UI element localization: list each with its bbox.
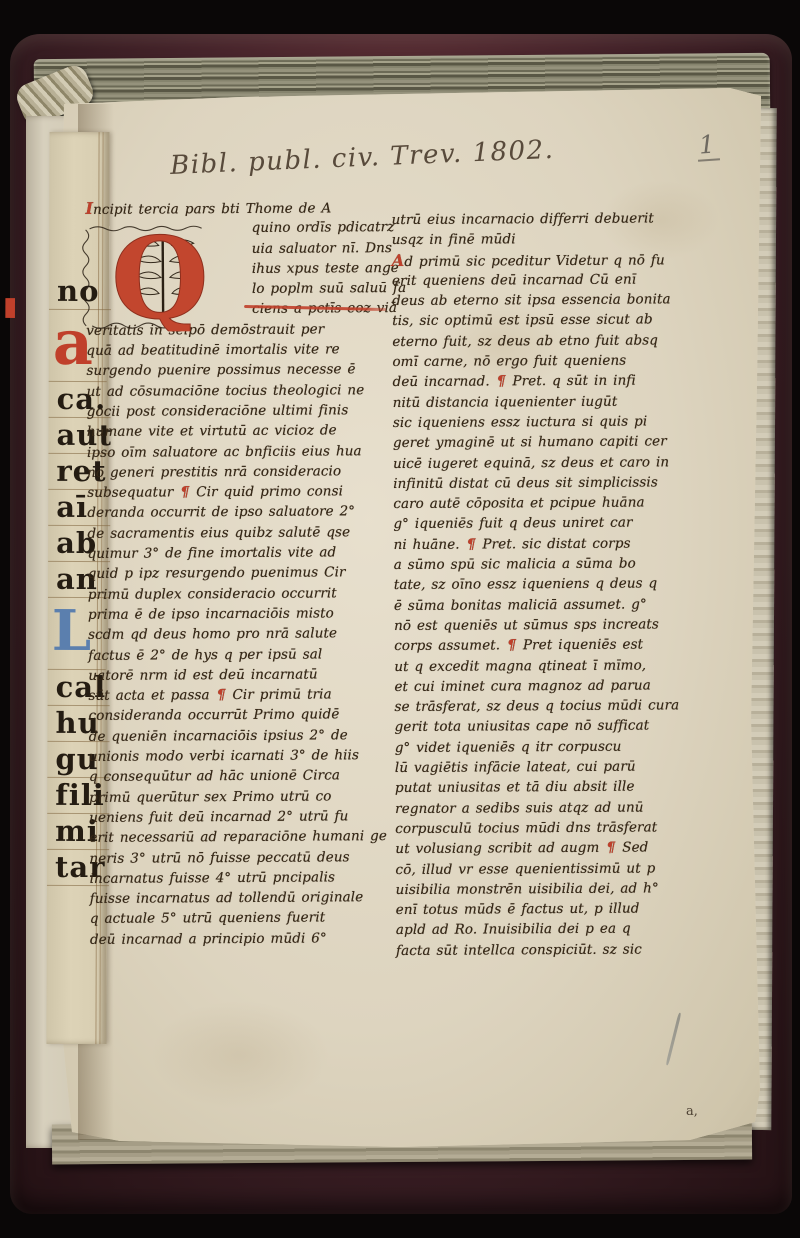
text-block: Incipit tercia pars bti Thome de Aquino … xyxy=(0,0,800,1238)
text-line: prima ē de ipso incarnaciōis misto xyxy=(88,603,390,625)
text-line: q actuale 5° utrū queniens fuerit xyxy=(90,907,392,929)
text-line: de queniēn incarnaciōis ipsius 2° de xyxy=(89,725,391,747)
text-line: unionis modo verbi icarnati 3° de hiis xyxy=(89,745,391,767)
text-line: ueniens fuit deū incarnad 2° utrū fu xyxy=(89,806,391,828)
text-line: quimur 3° de fine imortalis vite ad xyxy=(88,542,390,564)
text-line: surgendo puenire possimus necesse ē xyxy=(86,359,388,381)
text-line: nō est queniēs ut sūmus sps increats xyxy=(394,614,696,636)
paraph-mark: ¶ xyxy=(506,638,517,654)
paraph-mark: ¶ xyxy=(179,484,190,500)
corner-mark: a, xyxy=(686,1104,698,1119)
text-line: utrū eius incarnacio differri debuerit xyxy=(392,208,694,230)
text-line: g° videt iqueniēs q itr corpuscu xyxy=(395,736,697,758)
text-line: eterno fuit, sz deus ab etno fuit absq xyxy=(392,330,694,352)
text-line: primū querūtur sex Primo utrū co xyxy=(89,786,391,808)
decorated-initial-q: Q xyxy=(82,225,245,332)
text-line: subsequatur ¶ Cir quid primo consi xyxy=(87,481,389,503)
text-line: consideranda occurrūt Primo quidē xyxy=(89,704,391,726)
text-line: omī carne, nō ergo fuit queniens xyxy=(392,350,694,372)
text-line: de sacramentis eius quibz salutē qse xyxy=(87,522,389,544)
text-line: quid p ipz resurgendo puenimus Cir xyxy=(88,562,390,584)
text-line: ut q excedit magna qtineat ī mīmo, xyxy=(394,655,696,677)
text-line: se trāsferat, sz deus q tocius mūdi cura xyxy=(394,695,696,717)
text-line: scdm qd deus homo pro nrā salute xyxy=(88,623,390,645)
text-line: ut volusiang scribit ad augm ¶ Sed xyxy=(395,837,697,859)
paraph-mark: ¶ xyxy=(605,840,616,856)
text-line: ipso oīm saluatore ac bnficiis eius hua xyxy=(87,441,389,463)
text-column-2: utrū eius incarnacio differri debueritus… xyxy=(392,208,699,961)
text-line: a sūmo spū sic malicia a sūma bo xyxy=(394,553,696,575)
text-line: erit necessariū ad reparaciōne humani ge xyxy=(89,826,391,848)
text-line: sic iqueniens essz iuctura si quis pi xyxy=(393,411,695,433)
text-line: corpusculū tocius mūdi dns trāsferat xyxy=(395,817,697,839)
text-line: uisibilia monstrēn uisibilia dei, ad h° xyxy=(396,878,698,900)
text-line: cō, illud vr esse quenientissimū ut p xyxy=(395,858,697,880)
initial-letter: Q xyxy=(111,225,209,332)
text-line: et cui iminet cura magnoz ad parua xyxy=(394,675,696,697)
text-line: ē sūma bonitas maliciā assumet. g° xyxy=(394,594,696,616)
text-line: deus ab eterno sit ipsa essencia bonita xyxy=(392,289,694,311)
text-line: gerit tota uniusitas cape nō sufficat xyxy=(395,716,697,738)
text-line: caro autē cōposita et pcipue huāna xyxy=(393,492,695,514)
text-line: facta sūt intellca conspiciūt. sz sic xyxy=(396,939,698,961)
text-line: uatorē nrm id est deū incarnatū xyxy=(88,664,390,686)
text-line: quā ad beatitudinē imortalis vite re xyxy=(86,339,388,361)
text-line: enī totus mūds ē factus ut, p illud xyxy=(396,898,698,920)
paraph-mark: ¶ xyxy=(466,536,477,552)
text-line: no generi prestitis nrā consideracio xyxy=(87,461,389,483)
rubricated-capital: A xyxy=(392,251,405,270)
text-line: lū vagiētis infācie lateat, cui parū xyxy=(395,756,697,778)
text-line: apld ad Ro. Inuisibilia dei p ea q xyxy=(396,919,698,941)
manuscript-photo: noaca.autretaīabanLcalhugufilimitar ▮ Bi… xyxy=(0,0,800,1238)
text-line: q consequūtur ad hāc unionē Circa xyxy=(89,765,391,787)
text-line: ut ad cōsumaciōne tocius theologici ne xyxy=(87,380,389,402)
text-line: deū incarnad a principio mūdi 6° xyxy=(90,928,392,950)
text-line: uicē iugeret equinā, sz deus et caro in xyxy=(393,452,695,474)
text-line: deū incarnad. ¶ Pret. q sūt in infi xyxy=(392,371,694,393)
text-line: fuisse incarnatus ad tollendū originale xyxy=(90,887,392,909)
text-line: tate, sz oīno essz iqueniens q deus q xyxy=(394,574,696,596)
text-line: humane vite et virtutū ac vicioz de xyxy=(87,420,389,442)
text-line: putat uniusitas et tā diu absit ille xyxy=(395,777,697,799)
text-line: sūt acta et passa ¶ Cir primū tria xyxy=(88,684,390,706)
text-line: deranda occurrit de ipso saluatore 2° xyxy=(87,502,389,524)
text-line: infinitū distat cū deus sit simplicissis xyxy=(393,472,695,494)
text-line: gocii post consideraciōne ultimi finis xyxy=(87,400,389,422)
text-line: corps assumet. ¶ Pret iqueniēs est xyxy=(394,634,696,656)
text-line: erit queniens deū incarnad Cū enī xyxy=(392,269,694,291)
text-line: regnator a sedibs suis atqz ad unū xyxy=(395,797,697,819)
text-line: geret ymaginē ut si humano capiti cer xyxy=(393,431,695,453)
text-line: neris 3° utrū nō fuisse peccatū deus xyxy=(89,847,391,869)
text-line: Incipit tercia pars bti Thome de A xyxy=(85,197,387,219)
paraph-mark: ¶ xyxy=(496,374,507,390)
text-line: ni huāne. ¶ Pret. sic distat corps xyxy=(393,533,695,555)
text-line: Ad primū sic pceditur Videtur q nō fu xyxy=(392,249,694,271)
text-line: tis, sic optimū est ipsū esse sicut ab xyxy=(392,310,694,332)
text-line: g° iqueniēs fuit q deus uniret car xyxy=(393,513,695,535)
text-line: primū duplex consideracio occurrit xyxy=(88,583,390,605)
text-line: usqz in finē mūdi xyxy=(392,228,694,250)
rubricated-capital: I xyxy=(85,199,93,218)
text-line: factus ē 2° de hys q per ipsū sal xyxy=(88,644,390,666)
text-line: nitū distancia iquenienter iugūt xyxy=(393,391,695,413)
paraph-mark: ¶ xyxy=(216,687,227,703)
text-line: incarnatus fuisse 4° utrū pncipalis xyxy=(90,867,392,889)
